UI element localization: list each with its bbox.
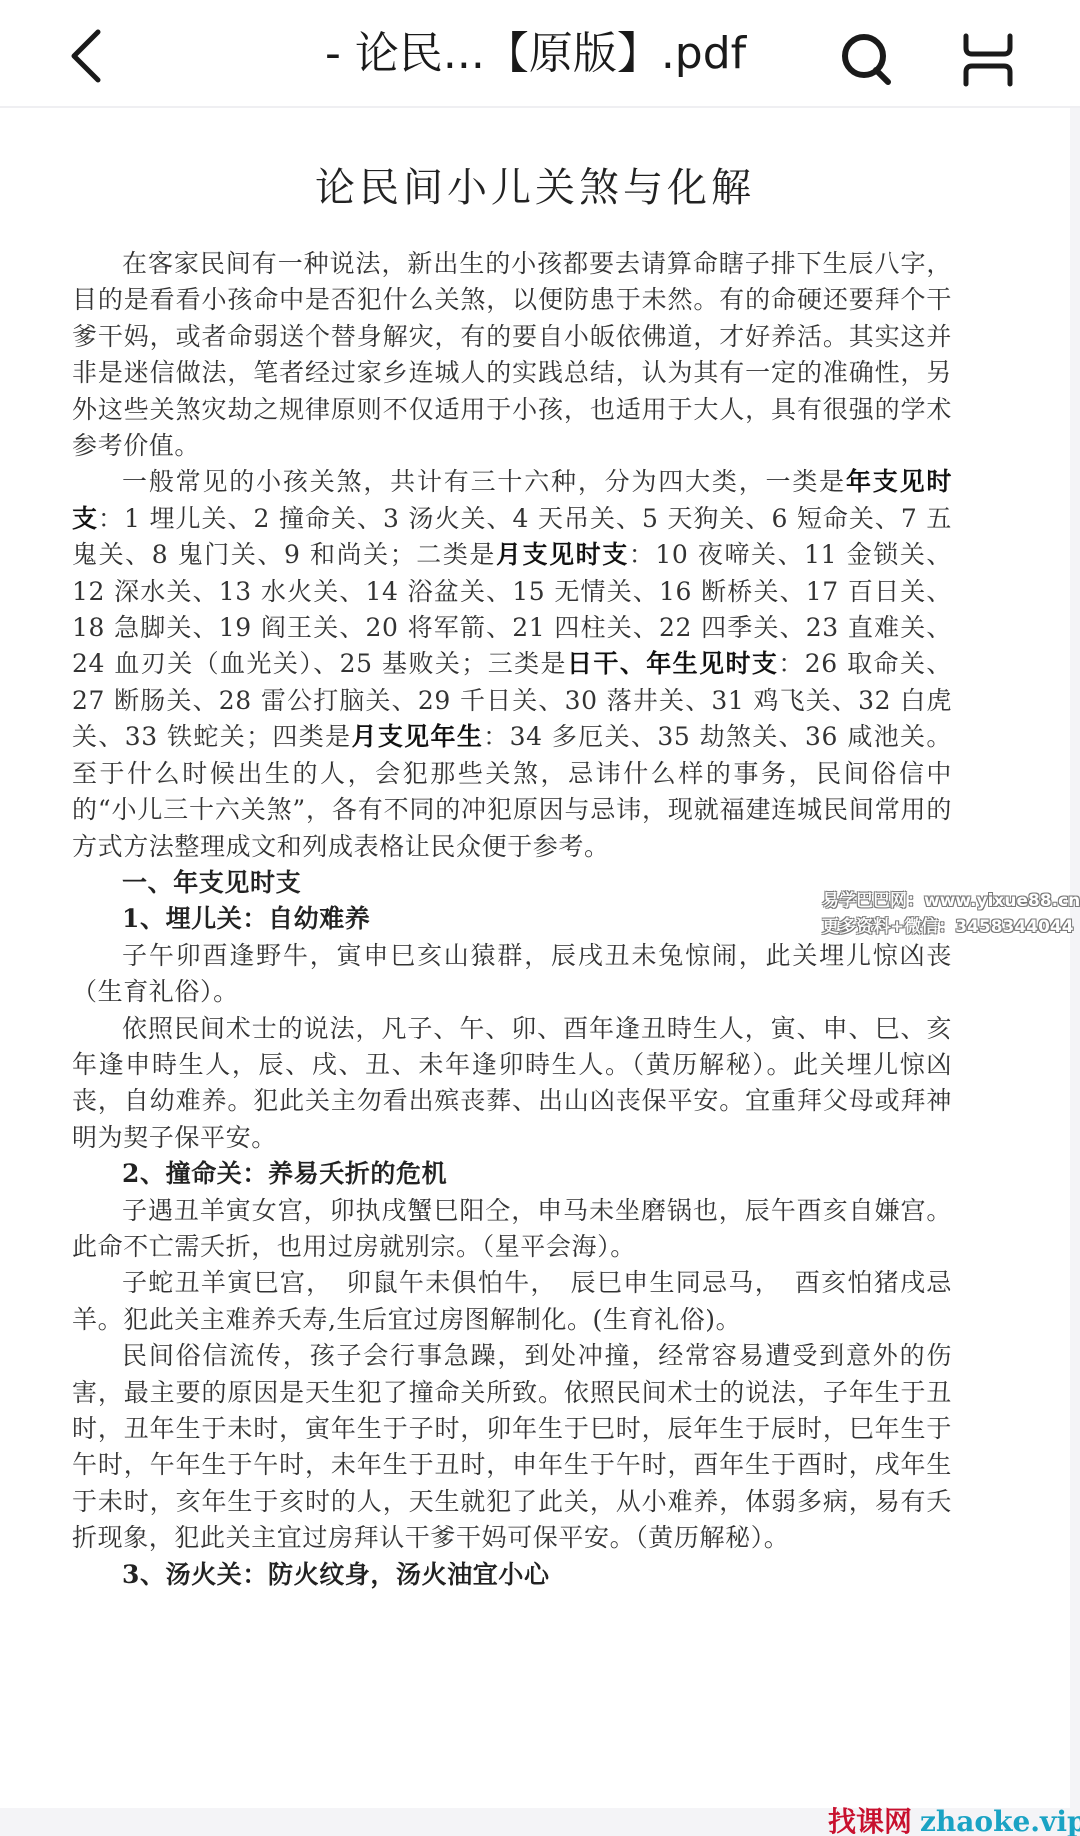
brand-watermark: 找课网zhaoke.vip (828, 1800, 1080, 1836)
more-menu-button[interactable] (960, 32, 1016, 88)
back-button[interactable] (64, 28, 114, 84)
document-body: 在客家民间有一种说法，新出生的小孩都要去请算命瞎子排下生辰八字，目的是看看小孩命… (72, 246, 952, 1593)
brand-name-en: zhaoke.vip (920, 1805, 1080, 1836)
paragraph: 民间俗信流传，孩子会行事急躁，到处冲撞，经常容易遭受到意外的伤害，最主要的原因是… (72, 1338, 952, 1556)
watermark-line-2: 更多资料+微信：3458344044 (822, 914, 1072, 940)
subsection-heading: 1、埋儿关：自幼难养 (72, 901, 952, 937)
top-app-bar: - 论民...【原版】.pdf (0, 0, 1080, 108)
bold-segment: 月支见时支 (496, 540, 629, 569)
brand-name-cn: 找课网 (828, 1805, 912, 1836)
page-title: 论民间小儿关煞与化解 (0, 156, 1070, 213)
document-title-bar: - 论民...【原版】.pdf (140, 24, 780, 84)
bold-segment: 月支见年生 (351, 722, 483, 751)
paragraph-categories: 一般常见的小孩关煞，共计有三十六种，分为四大类，一类是年支见时支：1 埋儿关、2… (72, 464, 952, 864)
search-icon (838, 30, 894, 86)
section-heading: 一、年支见时支 (72, 865, 952, 901)
paragraph: 子午卯酉逢野牛，寅申巳亥山猿群，辰戌丑未兔惊闹，此关埋儿惊凶丧（生育礼俗）。 (72, 938, 952, 1011)
watermark-line-1: 易学巴巴网：www.yixue88.cn (822, 888, 1072, 914)
subsection-heading: 3、汤火关：防火纹身，汤火油宜小心 (72, 1557, 952, 1593)
paragraph: 子蛇丑羊寅巳宫， 卯鼠午未俱怕牛， 辰巳申生同忌马， 酉亥怕猪戌忌羊。犯此关主难… (72, 1265, 952, 1338)
chevron-left-icon (64, 28, 114, 84)
pdf-page: 论民间小儿关煞与化解 在客家民间有一种说法，新出生的小孩都要去请算命瞎子排下生辰… (0, 108, 1070, 1808)
paragraph: 依照民间术士的说法，凡子、午、卯、酉年逢丑時生人，寅、申、巳、亥年逢申時生人，辰… (72, 1011, 952, 1157)
bold-segment: 日干、年生见时支 (567, 649, 778, 678)
file-name: - 论民...【原版】.pdf (325, 28, 746, 79)
search-button[interactable] (838, 30, 894, 86)
paragraph: 子遇丑羊寅女宫，卯执戌蟹巳阳仝，申马未坐磨锅也，辰午酉亥自嫌宫。此命不亡需夭折，… (72, 1193, 952, 1266)
menu-icon (960, 32, 1016, 88)
paragraph: 在客家民间有一种说法，新出生的小孩都要去请算命瞎子排下生辰八字，目的是看看小孩命… (72, 246, 952, 464)
watermark: 易学巴巴网：www.yixue88.cn 更多资料+微信：3458344044 (822, 888, 1072, 940)
text-segment: 一般常见的小孩关煞，共计有三十六种，分为四大类，一类是 (122, 467, 846, 496)
subsection-heading: 2、撞命关：养易夭折的危机 (72, 1156, 952, 1192)
